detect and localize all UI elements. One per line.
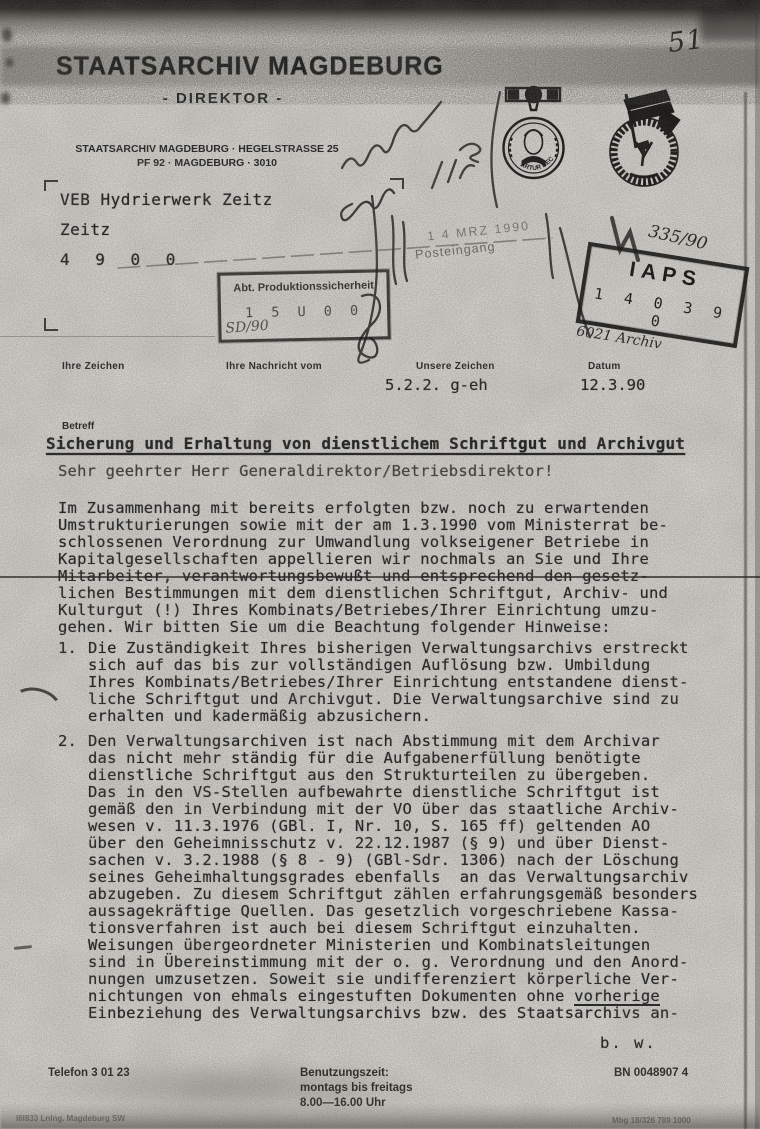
margin-dash-mark: [14, 945, 32, 950]
letterhead-org-name: STAATSARCHIV MAGDEBURG: [56, 51, 444, 81]
scan-corner-dark: [700, 0, 760, 42]
scan-top-dark-band: [0, 0, 760, 48]
artur-becker-medal-icon: ARTUR BECKER: [498, 84, 570, 192]
footer-benutzungszeit-label: Benutzungszeit:: [300, 1066, 412, 1081]
footer-benutzungszeit-days: montags bis freitags: [300, 1081, 412, 1096]
intro-paragraph: Im Zusammenhang mit bereits erfolgten bz…: [58, 500, 668, 636]
ddr-state-emblem-icon: [606, 86, 684, 190]
address-window-corner-tr: [390, 178, 404, 189]
address-window-corner-bl: [44, 318, 58, 331]
letterhead-role: - DIREKTOR -: [58, 90, 388, 107]
footer-telefon: Telefon 3 01 23: [48, 1066, 130, 1081]
recipient-postcode: 4 9 0 0: [60, 250, 183, 269]
subject-line: Sicherung und Erhaltung von dienstlichem…: [46, 434, 685, 453]
list-item-2-text: Den Verwaltungsarchiven ist nach Abstimm…: [88, 733, 698, 1022]
label-betreff: Betreff: [62, 421, 94, 432]
label-ihre-nachricht: Ihre Nachricht vom: [226, 361, 322, 372]
list-item-2: 2. Den Verwaltungsarchiven ist nach Abst…: [58, 733, 728, 1022]
recipient-city: Zeitz: [60, 220, 111, 239]
iaps-handwritten-number: 335/90: [647, 222, 710, 255]
scan-right-edge-shadow: [755, 0, 760, 1129]
scan-ink-blotch: [1, 92, 10, 104]
letterhead-address-line1: STAATSARCHIV MAGDEBURG · HEGELSTRASSE 25: [62, 143, 352, 157]
footer-benutzungszeit-hours: 8.00—16.00 Uhr: [300, 1096, 412, 1111]
fold-line-faint: [0, 336, 215, 337]
scan-ink-blotch: [2, 28, 12, 42]
produktionssicherheit-stamp: Abt. Produktionssicherheit 1 5 U 0 0 SD/…: [217, 269, 390, 343]
scan-right-fold-line: [744, 92, 747, 1129]
list-item-1: 1. Die Zuständigkeit Ihres bisherigen Ve…: [58, 640, 718, 725]
scanned-letter-page: STAATSARCHIV MAGDEBURG - DIREKTOR - STAA…: [0, 0, 760, 1129]
produktionssicherheit-stamp-title: Abt. Produktionssicherheit: [220, 279, 386, 294]
recipient-name: VEB Hydrierwerk Zeitz: [60, 190, 273, 209]
list-item-1-number: 1.: [58, 640, 88, 725]
footer-bn-number: BN 0048907 4: [614, 1066, 688, 1081]
footer-print-note-left: I6I833 Lnlng. Magdeburg SW: [16, 1114, 125, 1123]
label-unsere-zeichen: Unsere Zeichen: [416, 361, 495, 372]
handwritten-page-number: 51: [666, 24, 706, 59]
unsere-zeichen-value: 5.2.2. g-eh: [385, 376, 488, 394]
salutation: Sehr geehrter Herr Generaldirektor/Betri…: [58, 463, 554, 480]
turn-over-mark: b. w.: [600, 1034, 657, 1052]
datum-value: 12.3.90: [580, 376, 645, 394]
letterhead-address: STAATSARCHIV MAGDEBURG · HEGELSTRASSE 25…: [62, 143, 352, 170]
footer-benutzungszeit: Benutzungszeit: montags bis freitags 8.0…: [300, 1066, 412, 1111]
list-item-2-text-post: Einbeziehung des Verwaltungsarchivs bzw.…: [88, 1004, 679, 1022]
posteingang-stamp: 1 4 MRZ 1990 Posteingang: [427, 219, 533, 261]
list-item-1-text: Die Zuständigkeit Ihres bisherigen Verwa…: [88, 640, 689, 725]
produktionssicherheit-stamp-note: SD/90: [225, 318, 269, 337]
address-window-corner-tl: [44, 180, 58, 191]
footer-print-note-right: Mbg 18/326 789 1000: [612, 1116, 691, 1125]
list-item-2-text-pre: Den Verwaltungsarchiven ist nach Abstimm…: [88, 732, 698, 1005]
scan-ink-blotch: [6, 58, 13, 67]
label-ihre-zeichen: Ihre Zeichen: [62, 361, 125, 372]
list-item-2-underlined-word: vorherige: [574, 987, 660, 1005]
label-datum: Datum: [588, 361, 621, 372]
letterhead-address-line2: PF 92 · MAGDEBURG · 3010: [62, 157, 352, 171]
punch-hole-mark: [6, 682, 66, 731]
list-item-2-number: 2.: [58, 733, 88, 1022]
